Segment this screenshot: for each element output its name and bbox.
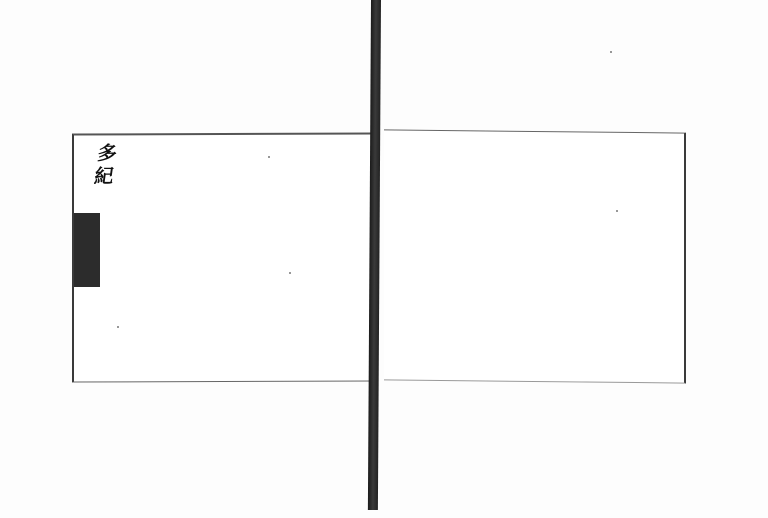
- paper-speck: [610, 51, 612, 53]
- scanned-book-spread: 多紀: [0, 0, 768, 518]
- book-binding-strip: [368, 0, 381, 510]
- right-page: [384, 129, 686, 383]
- paper-speck: [268, 156, 270, 158]
- title-label-block: [74, 213, 100, 287]
- paper-speck: [289, 272, 291, 274]
- left-page: [72, 132, 374, 382]
- paper-speck: [616, 210, 618, 212]
- paper-speck: [117, 326, 119, 328]
